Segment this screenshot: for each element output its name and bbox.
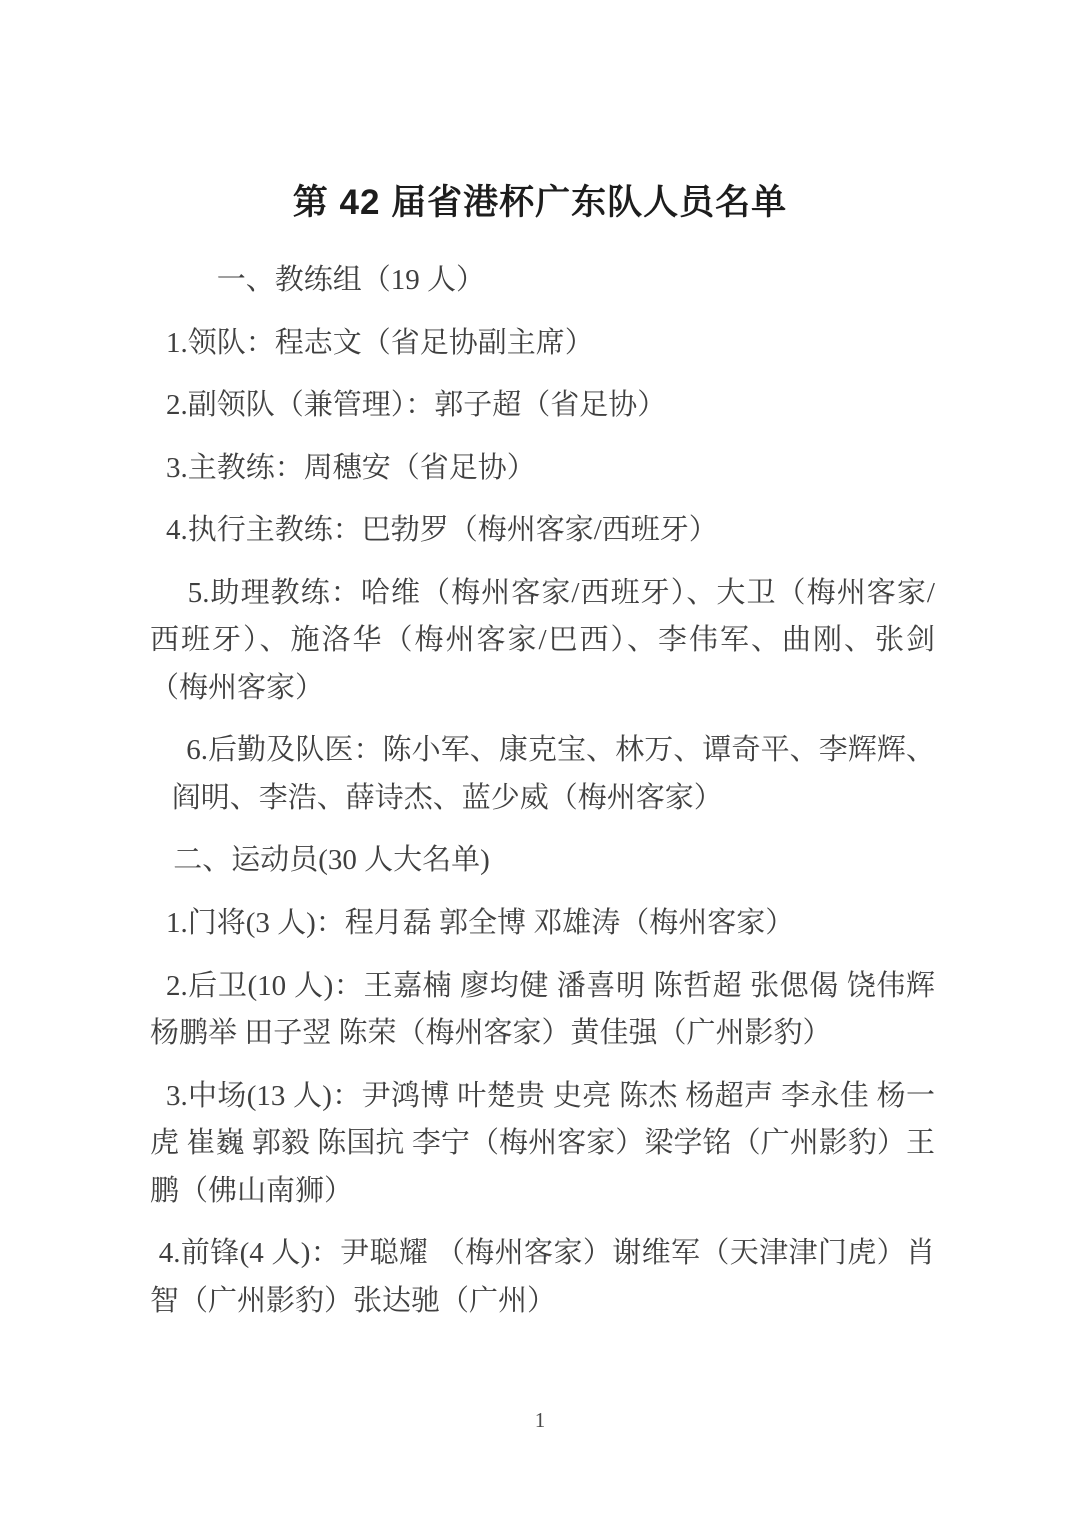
list-item-forwards: 4.前锋(4 人)：尹聪耀 （梅州客家）谢维军（天津津门虎）肖智（广州影豹）张达…	[150, 1230, 935, 1325]
page-title: 第 42 届省港杯广东队人员名单	[0, 175, 1080, 225]
list-item-assistant-coaches: 5.助理教练：哈维（梅州客家/西班牙）、大卫（梅州客家/西班牙）、施洛华（梅州客…	[150, 570, 935, 713]
list-item-deputy-leader: 2.副领队（兼管理）：郭子超（省足协）	[150, 382, 935, 430]
document-page: 第 42 届省港杯广东队人员名单 一、教练组（19 人） 1.领队：程志文（省足…	[0, 0, 1080, 1527]
list-item-goalkeepers: 1.门将(3 人)：程月磊 郭全博 邓雄涛（梅州客家）	[150, 900, 935, 948]
page-number: 1	[0, 1408, 1080, 1433]
document-body: 一、教练组（19 人） 1.领队：程志文（省足协副主席） 2.副领队（兼管理）：…	[150, 257, 935, 1325]
list-item-head-coach: 3.主教练：周穗安（省足协）	[150, 445, 935, 493]
list-item-executive-head-coach: 4.执行主教练：巴勃罗（梅州客家/西班牙）	[150, 507, 935, 555]
section-players: 二、运动员(30 人大名单) 1.门将(3 人)：程月磊 郭全博 邓雄涛（梅州客…	[150, 837, 935, 1325]
list-item-defenders: 2.后卫(10 人)：王嘉楠 廖均健 潘喜明 陈哲超 张偲偈 饶伟辉 杨鹏举 田…	[150, 963, 935, 1058]
list-item-logistics-medics: 6.后勤及队医：陈小军、康克宝、林万、谭奇平、李辉辉、阎明、李浩、薛诗杰、蓝少威…	[172, 727, 935, 822]
section-heading-players: 二、运动员(30 人大名单)	[150, 837, 935, 885]
list-item-team-leader: 1.领队：程志文（省足协副主席）	[150, 320, 935, 368]
section-coaching-staff: 一、教练组（19 人） 1.领队：程志文（省足协副主席） 2.副领队（兼管理）：…	[150, 257, 935, 822]
list-item-midfielders: 3.中场(13 人)：尹鸿博 叶楚贵 史亮 陈杰 杨超声 李永佳 杨一虎 崔巍 …	[150, 1073, 935, 1216]
section-heading-coaches: 一、教练组（19 人）	[150, 257, 935, 305]
